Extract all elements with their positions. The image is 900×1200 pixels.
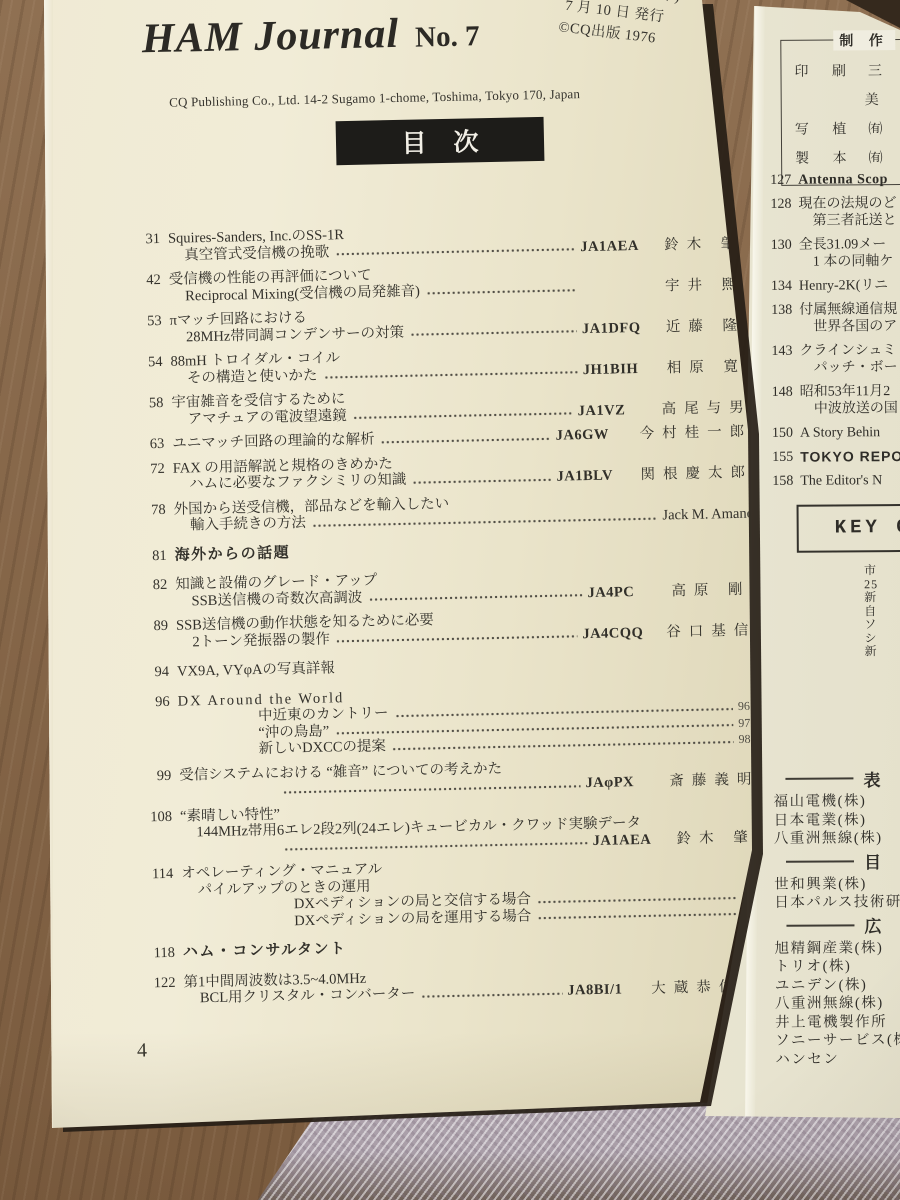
toc-page-number: 94 — [139, 664, 169, 681]
clipped-text-column: 市 25 新 自 ソ シ 新 — [864, 564, 879, 659]
toc-entry: 128現在の法規のど第三者託送と — [761, 195, 900, 230]
toc-subitem: 中近東のカントリー — [258, 705, 389, 724]
toc-subtitle: 中波放送の国 — [800, 400, 900, 418]
advertiser-item: ソニーサービス(株 — [775, 1032, 900, 1051]
toc-title: A Story Behin — [800, 424, 900, 442]
advertiser-item: 日本パルス技術研 — [774, 894, 900, 913]
author-name: Jack M. Amano — [662, 506, 754, 524]
callsign: JA8BI/1 — [567, 981, 651, 999]
clipped-line: ソ — [864, 618, 878, 632]
toc-page-number: 128 — [761, 196, 791, 230]
journal-title-text: HAM Journal — [141, 11, 399, 62]
toc-entry: 134Henry-2K(リニ — [762, 277, 900, 295]
credits-value: 美 和 — [865, 89, 900, 109]
publication-date-block: 昭和51年(1976年) 7 月 10 日 発行 ©CQ出版 1976 — [557, 0, 753, 61]
toc-page-number: 78 — [135, 501, 165, 518]
toc-subitem: DXペディションの局を運用する場合 — [294, 908, 531, 929]
key-clicks-label: KEY CL — [799, 506, 900, 549]
toc-entry: 42受信機の性能の再評価について Reciprocal Mixing(受信機の局… — [131, 260, 750, 306]
toc-subtitle: パッチ・ボー — [800, 359, 900, 377]
advertiser-item: ハンセン — [775, 1050, 900, 1069]
toc-title: 現在の法規のど — [798, 196, 896, 212]
dot-leader — [368, 592, 582, 602]
toc-subtitle: 1 本の同軸ケ — [799, 253, 900, 271]
toc-page-number: 89 — [138, 618, 168, 635]
credits-box-title: 制 作 — [833, 30, 895, 50]
section-label: 表 — [863, 766, 882, 791]
dot-leader — [392, 739, 734, 752]
credits-label: 写 植 — [795, 118, 857, 138]
advertiser-item: 八重洲無線(株) — [774, 830, 900, 849]
toc-entry: 82知識と設備のグレード・アップ SSB送信機の奇数次高調波JA4PC高原 剛 — [137, 565, 756, 611]
callsign: JA1AEA — [580, 237, 664, 255]
clipped-line: 新 — [864, 591, 878, 605]
toc-page-number: 134 — [762, 278, 792, 295]
author-name: 斎藤義明 — [669, 772, 759, 790]
toc-entry: 94VX9A, VYφAの写真詳報 — [139, 652, 757, 681]
toc-entry: 99受信システムにおける “雑音” についての考えかた JAφPX斎藤義明 — [141, 755, 760, 801]
section-heading: 海外からの話題 — [174, 545, 290, 564]
toc-entry: 130全長31.09メー1 本の同軸ケ — [762, 236, 900, 271]
advertiser-item: ユニデン(株) — [775, 976, 900, 995]
dot-leader — [410, 328, 577, 337]
toc-page-number: 138 — [762, 302, 792, 336]
toc-entry: 89SSB送信機の動作状態を知るために必要 2トーン発振器の製作JA4CQQ谷口… — [138, 606, 757, 652]
toc-page-number: 99 — [141, 767, 171, 784]
toc-subtitle: その構造と使いかた — [187, 367, 318, 386]
author-name: 今村桂一郎 — [640, 424, 753, 443]
dot-leader — [381, 435, 551, 445]
callsign: JAφPX — [585, 773, 669, 791]
credits-value: ㈲ 経 — [869, 147, 900, 167]
toc-page-number: 155 — [763, 449, 793, 466]
toc-page-number: 54 — [132, 354, 162, 371]
toc-title: Henry-2K(リニ — [799, 277, 900, 295]
toc-subtitle: 第三者託送と — [798, 212, 900, 230]
dot-leader — [336, 633, 578, 644]
toc-title: 付属無線通信規 — [799, 302, 897, 318]
section-label: 目 — [864, 848, 883, 873]
callsign — [581, 290, 665, 292]
toc-page-number: 108 — [142, 808, 172, 825]
toc-subtitle: SSB送信機の奇数次高調波 — [191, 589, 362, 609]
toc-entry: 143クラインシュミパッチ・ボー — [762, 342, 900, 377]
advertiser-item: 日本電業(株) — [774, 811, 900, 830]
toc-title: VX9A, VYφAの写真詳報 — [177, 660, 335, 680]
toc-list: 31Squires-Sanders, Inc.のSS-1R 真空管式受信機の挽歌… — [130, 219, 764, 1016]
toc-title: クラインシュミ — [799, 343, 896, 359]
issue-number: No. 7 — [415, 20, 480, 53]
toc-entry: 96DX Around the World 中近東のカントリー96 “沖の鳥島”… — [140, 681, 759, 760]
toc-page-number: 114 — [143, 866, 173, 883]
toc-page-number: 130 — [762, 237, 792, 271]
callsign: JH1BIH — [583, 360, 667, 378]
callsign: JA6GW — [556, 426, 640, 444]
toc-page-number: 122 — [145, 974, 175, 991]
toc-entry: 150A Story Behin — [763, 424, 900, 442]
toc-page-number: 150 — [763, 425, 793, 442]
credits-value: ㈲ タ — [868, 118, 900, 138]
dot-leader — [312, 515, 658, 528]
toc-subtitle: 世界各国のア — [799, 318, 900, 336]
dot-leader — [283, 783, 581, 795]
toc-subitem: 新しいDXCCの提案 — [259, 738, 387, 757]
toc-section-heading: 118ハム・コンサルタント — [145, 932, 763, 961]
dot-leader — [335, 246, 575, 257]
rule-line — [785, 777, 853, 779]
toc-title: TOKYO REPO — [800, 448, 900, 466]
clipped-line: 市 — [864, 564, 878, 578]
section-rule: 広 — [786, 914, 900, 935]
toc-entry: 63ユニマッチ回路の理論的な解析JA6GW今村桂一郎 — [134, 424, 752, 453]
contents-heading-box: 目 次 — [336, 117, 545, 165]
toc-page-number: 58 — [133, 395, 163, 412]
page-number: 4 — [137, 1039, 147, 1062]
author-name: 谷口基信 — [666, 622, 756, 640]
section-label: 広 — [864, 912, 883, 937]
toc-section-heading: 81海外からの話題 — [136, 535, 754, 564]
author-name: 鈴木 肇 — [676, 829, 760, 847]
dot-leader — [412, 476, 551, 485]
toc-subtitle: BCL用クリスタル・コンバーター — [200, 986, 416, 1007]
toc-entry: 155TOKYO REPO — [763, 448, 900, 466]
toc-entry: 58宇宙雑音を受信するために アマチュアの電波望遠鏡JA1VZ高尾与男 — [133, 383, 752, 429]
credits-value: 三 晃 — [868, 60, 900, 80]
toc-entry: 114オペレーティング・マニュアル パイルアップのときの運用 DXペディションの… — [143, 854, 762, 933]
journal-title: HAM JournalNo. 7 — [141, 8, 480, 63]
callsign: JA1DFQ — [582, 319, 666, 337]
toc-page-number: 63 — [134, 436, 164, 453]
author-name: 関根慶太郎 — [640, 465, 753, 484]
toc-subitem: “沖の鳥島” — [258, 723, 329, 741]
toc-page-number: 148 — [763, 384, 793, 418]
toc-entry: 148昭和53年11月2中波放送の国 — [763, 383, 900, 418]
credits-label — [795, 89, 853, 109]
toc-page-number: 53 — [132, 313, 162, 330]
toc-page-number: 31 — [130, 231, 160, 248]
right-page-toc-list: 127Antenna Scop 128現在の法規のど第三者託送と 130全長31… — [761, 171, 900, 497]
toc-title: 全長31.09メー — [799, 237, 887, 253]
toc-subtitle: 28MHz帯同調コンデンサーの対策 — [186, 324, 404, 345]
toc-entry: 78外国から送受信機，部品などを輸入したい 輸入手続きの方法Jack M. Am… — [135, 489, 754, 535]
credits-label: 印 刷 — [794, 60, 856, 80]
toc-page-number: 42 — [131, 272, 161, 289]
toc-entry: 53πマッチ回路における 28MHz帯同調コンデンサーの対策JA1DFQ近藤 隆 — [132, 301, 751, 347]
toc-page-number: 118 — [145, 945, 175, 962]
toc-subtitle: Reciprocal Mixing(受信機の局発雑音) — [185, 283, 420, 304]
rule-line — [786, 924, 854, 926]
callsign: JA1VZ — [578, 401, 662, 419]
section-rule: 目 — [786, 850, 900, 871]
clipped-line: 新 — [865, 645, 879, 659]
toc-page-number: 72 — [135, 460, 165, 477]
credits-label: 製 本 — [795, 147, 857, 167]
credits-row: 写 植 ㈲ タ — [795, 118, 900, 139]
toc-title: The Editor's N — [800, 472, 900, 490]
contents-heading: 目 次 — [391, 122, 489, 160]
dot-leader — [426, 287, 576, 296]
toc-subtitle: 真空管式受信機の挽歌 — [184, 244, 329, 264]
section-rule: 表 — [785, 768, 900, 789]
toc-entry: 158The Editor's N — [763, 472, 900, 490]
toc-entry: 72FAX の用語解説と規格のきめかた ハムに必要なファクシミリの知識JA1BL… — [135, 448, 754, 494]
credits-row: 印 刷 三 晃 — [794, 60, 900, 81]
advertiser-item: 八重洲無線(株) — [775, 995, 900, 1014]
toc-page-number: 143 — [762, 343, 792, 377]
section-heading: ハム・コンサルタント — [183, 941, 347, 961]
toc-subtitle: アマチュアの電波望遠鏡 — [188, 408, 347, 428]
dot-leader — [284, 840, 588, 852]
toc-subtitle: 2トーン発振器の製作 — [192, 631, 330, 650]
dot-leader — [421, 990, 562, 999]
toc-entry: 31Squires-Sanders, Inc.のSS-1R 真空管式受信機の挽歌… — [130, 219, 749, 265]
credits-row: 製 本 ㈲ 経 — [795, 147, 900, 168]
toc-entry: 127Antenna Scop — [761, 171, 900, 189]
rule-line — [786, 860, 854, 862]
main-page-content: HAM JournalNo. 7 昭和51年(1976年) 7 月 10 日 発… — [45, 0, 779, 1141]
author-name: 高原 剛 — [671, 581, 755, 599]
toc-page-number: 81 — [136, 547, 166, 564]
author-name: 相原 寛 — [667, 358, 751, 376]
credits-row: 美 和 — [795, 89, 900, 110]
advertiser-item: 福山電機(株) — [774, 793, 900, 812]
callsign: JA4PC — [587, 583, 671, 601]
production-credits-box: 制 作 印 刷 三 晃 美 和 写 植 ㈲ タ 製 本 ㈲ 経 — [780, 39, 900, 186]
callsign: JA1AEA — [593, 831, 677, 849]
dot-leader — [353, 410, 573, 421]
callsign: JA1BLV — [556, 467, 640, 485]
magazine-toc-photo: 制 作 印 刷 三 晃 美 和 写 植 ㈲ タ 製 本 ㈲ 経 — [0, 0, 900, 1200]
toc-subtitle: ハムに必要なファクシミリの知識 — [189, 472, 407, 493]
advertiser-item: 旭精鋼産業(株) — [775, 939, 900, 958]
advertiser-item: 井上電機製作所 — [775, 1013, 900, 1032]
toc-title: Antenna Scop — [798, 171, 900, 189]
advertiser-index: 表 福山電機(株) 日本電業(株) 八重洲無線(株) 目 世和興業(株) 日本パ… — [773, 765, 900, 1070]
toc-page-number: 158 — [763, 473, 793, 490]
toc-page-number: 127 — [761, 172, 791, 189]
toc-entry: 122第1中間周波数は3.5~4.0MHz BCL用クリスタル・コンバーターJA… — [145, 962, 764, 1008]
toc-title: ユニマッチ回路の理論的な解析 — [172, 432, 375, 453]
toc-entry: 138付属無線通信規世界各国のア — [762, 301, 900, 336]
publisher-address: CQ Publishing Co., Ltd. 14-2 Sugamo 1-ch… — [169, 83, 709, 110]
toc-subtitle: 輸入手続きの方法 — [190, 515, 306, 534]
right-page-content: 制 作 印 刷 三 晃 美 和 写 植 ㈲ タ 製 本 ㈲ 経 — [756, 0, 900, 1120]
advertiser-item: トリオ(株) — [775, 958, 900, 977]
key-clicks-box: KEY CL — [797, 504, 900, 553]
toc-title: 昭和53年11月2 — [800, 384, 891, 400]
dot-leader — [323, 369, 578, 380]
callsign: JA4CQQ — [582, 624, 666, 642]
author-name: 高尾与男 — [661, 399, 751, 417]
advertiser-item: 世和興業(株) — [774, 875, 900, 894]
toc-page-number: 82 — [137, 577, 167, 594]
toc-page-number: 96 — [140, 693, 170, 710]
toc-entry: 5488mH トロイダル・コイル その構造と使いかたJH1BIH相原 寛 — [132, 342, 751, 388]
dot-leader — [537, 911, 737, 921]
toc-entry: 108“素晴しい特性” 144MHz帯用6エレ2段2列(24エレ)キュービカル・… — [142, 796, 761, 858]
